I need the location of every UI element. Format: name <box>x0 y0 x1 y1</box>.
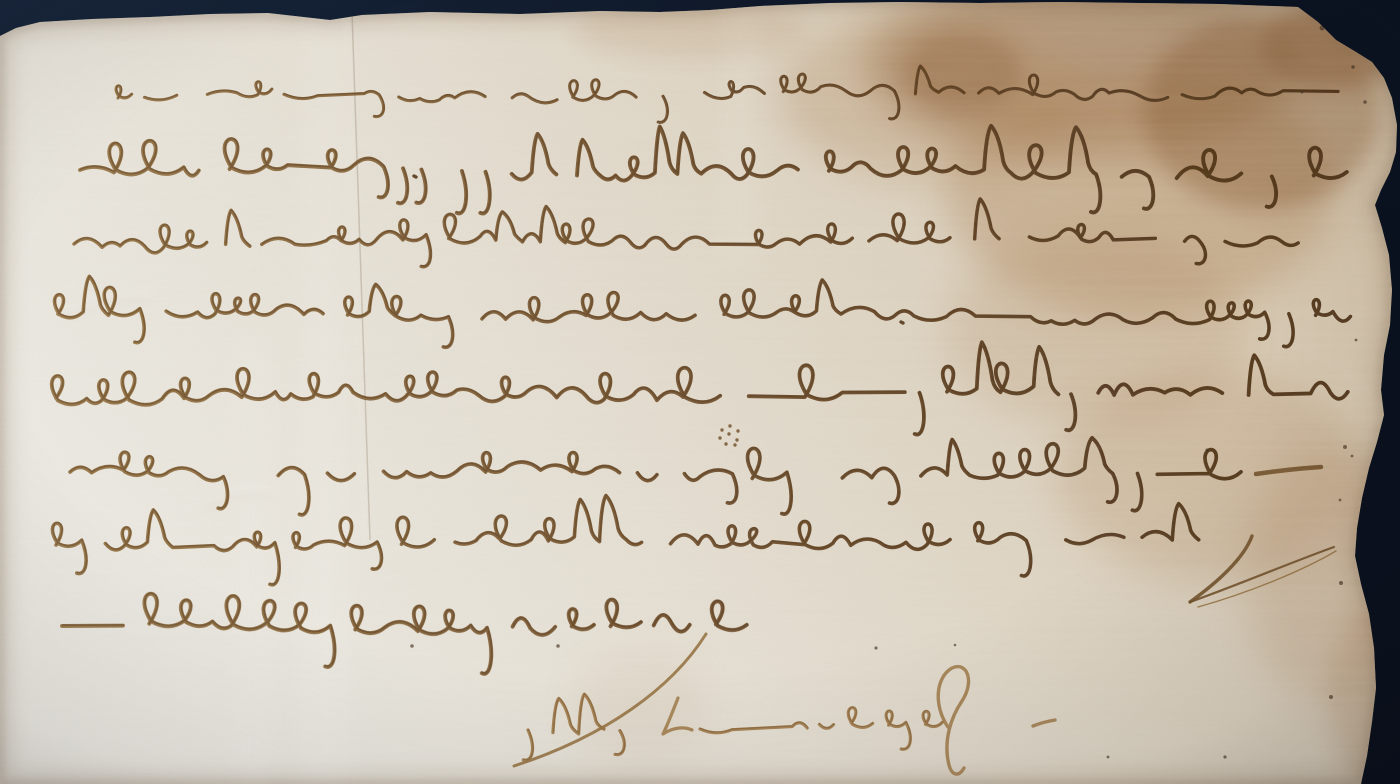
vignette-overlay <box>0 0 1400 784</box>
manuscript-photograph <box>0 0 1400 784</box>
manuscript-photo-canvas <box>0 0 1400 784</box>
photo-vignette <box>0 0 1400 784</box>
